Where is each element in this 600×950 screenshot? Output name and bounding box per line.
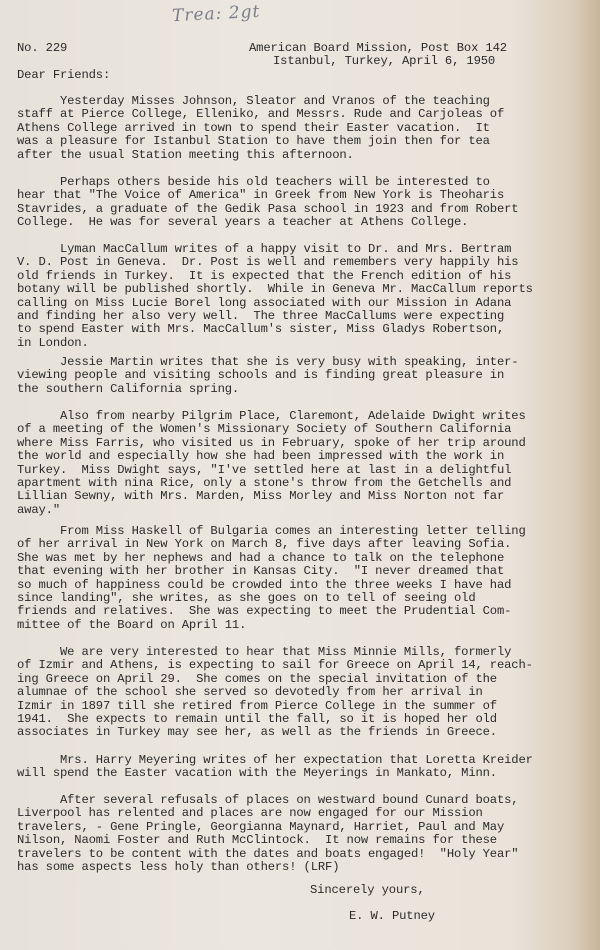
paragraph-line: where Miss Farris, who visited us in Feb… xyxy=(17,437,577,450)
paragraph-minnie-mills: We are very interested to hear that Miss… xyxy=(17,646,577,740)
letter-number: No. 229 xyxy=(17,42,67,55)
paragraph-line: Turkey. Miss Dwight says, "I've settled … xyxy=(17,464,577,477)
handwritten-annotation: Trea: 2gt xyxy=(172,2,261,27)
paragraph-line: apartment with nina Rice, only a stone's… xyxy=(17,477,577,490)
paragraph-line: We are very interested to hear that Miss… xyxy=(17,646,577,659)
closing: Sincerely yours, xyxy=(310,884,425,897)
paragraph-line: after the usual Station meeting this aft… xyxy=(17,149,577,162)
paragraph-line: was a pleasure for Istanbul Station to h… xyxy=(17,135,577,148)
greeting: Dear Friends: xyxy=(17,69,110,82)
paragraph-jessie-martin: Jessie Martin writes that she is very bu… xyxy=(17,356,577,396)
paragraph-line: away." xyxy=(17,504,577,517)
paragraph-line: calling on Miss Lucie Borel long associa… xyxy=(17,297,577,310)
paragraph-miss-haskell: From Miss Haskell of Bulgaria comes an i… xyxy=(17,525,577,632)
paragraph-line: Mrs. Harry Meyering writes of her expect… xyxy=(17,754,577,767)
paragraph-line: mittee of the Board on April 11. xyxy=(17,619,577,632)
paragraph-line: has some aspects less holy than others! … xyxy=(17,861,577,874)
paragraph-line: hear that "The Voice of America" in Gree… xyxy=(17,189,577,202)
paragraph-line: Also from nearby Pilgrim Place, Claremon… xyxy=(17,410,577,423)
paragraph-line: viewing people and visiting schools and … xyxy=(17,369,577,382)
paragraph-line: alumnae of the school she served so devo… xyxy=(17,686,577,699)
signature: E. W. Putney xyxy=(349,910,435,923)
paragraph-line: of Izmir and Athens, is expecting to sai… xyxy=(17,659,577,672)
paragraph-line: the southern California spring. xyxy=(17,383,577,396)
paragraph-visiting-teachers: Yesterday Misses Johnson, Sleator and Vr… xyxy=(17,95,577,162)
paragraph-line: She was met by her nephews and had a cha… xyxy=(17,552,577,565)
paragraph-adelaide-dwight: Also from nearby Pilgrim Place, Claremon… xyxy=(17,410,577,517)
paragraph-line: so much of happiness could be crowded in… xyxy=(17,579,577,592)
paragraph-line: ing Greece on April 29. She comes on the… xyxy=(17,673,577,686)
paragraph-line: in London. xyxy=(17,337,577,350)
paragraph-line: of her arrival in New York on March 8, f… xyxy=(17,538,577,551)
paragraph-meyering: Mrs. Harry Meyering writes of her expect… xyxy=(17,754,577,781)
paragraph-line: Lillian Sewny, with Mrs. Marden, Miss Mo… xyxy=(17,490,577,503)
letter-page: Trea: 2gt No. 229 American Board Mission… xyxy=(0,0,600,950)
paragraph-maccallum: Lyman MacCallum writes of a happy visit … xyxy=(17,243,577,350)
paragraph-line: Athens College arrived in town to spend … xyxy=(17,122,577,135)
paragraph-line: the world and especially how she had bee… xyxy=(17,450,577,463)
paragraph-line: College. He was for several years a teac… xyxy=(17,216,577,229)
paragraph-cunard-boats: After several refusals of places on west… xyxy=(17,794,577,874)
paragraph-line: travelers, - Gene Pringle, Georgianna Ma… xyxy=(17,821,577,834)
paragraph-line: friends and relatives. She was expecting… xyxy=(17,605,577,618)
paragraph-line: Stavrides, a graduate of the Gedik Pasa … xyxy=(17,203,577,216)
paragraph-line: After several refusals of places on west… xyxy=(17,794,577,807)
paragraph-line: Izmir in 1897 till she retired from Pier… xyxy=(17,700,577,713)
paragraph-line: staff at Pierce College, Elleniko, and M… xyxy=(17,108,577,121)
paragraph-line: that evening with her brother in Kansas … xyxy=(17,565,577,578)
paragraph-line: since landing", she writes, as she goes … xyxy=(17,592,577,605)
paragraph-line: Lyman MacCallum writes of a happy visit … xyxy=(17,243,577,256)
paragraph-line: Yesterday Misses Johnson, Sleator and Vr… xyxy=(17,95,577,108)
paragraph-line: botany will be published shortly. While … xyxy=(17,283,577,296)
paragraph-line: V. D. Post in Geneva. Dr. Post is well a… xyxy=(17,256,577,269)
paragraph-line: associates in Turkey may see her, as wel… xyxy=(17,726,577,739)
paragraph-line: Jessie Martin writes that she is very bu… xyxy=(17,356,577,369)
paragraph-line: From Miss Haskell of Bulgaria comes an i… xyxy=(17,525,577,538)
paragraph-line: Perhaps others beside his old teachers w… xyxy=(17,176,577,189)
sender-address-line-2: Istanbul, Turkey, April 6, 1950 xyxy=(273,55,495,68)
paragraph-line: to spend Easter with Mrs. MacCallum's si… xyxy=(17,323,577,336)
paragraph-line: travelers to be content with the dates a… xyxy=(17,848,577,861)
paragraph-line: and finding her also very well. The thre… xyxy=(17,310,577,323)
paragraph-line: Liverpool has relented and places are no… xyxy=(17,807,577,820)
paragraph-line: Nilson, Naomi Foster and Ruth McClintock… xyxy=(17,834,577,847)
paragraph-line: 1941. She expects to remain until the fa… xyxy=(17,713,577,726)
paragraph-line: will spend the Easter vacation with the … xyxy=(17,767,577,780)
paragraph-line: old friends in Turkey. It is expected th… xyxy=(17,270,577,283)
paragraph-voice-of-america: Perhaps others beside his old teachers w… xyxy=(17,176,577,230)
paragraph-line: of a meeting of the Women's Missionary S… xyxy=(17,423,577,436)
